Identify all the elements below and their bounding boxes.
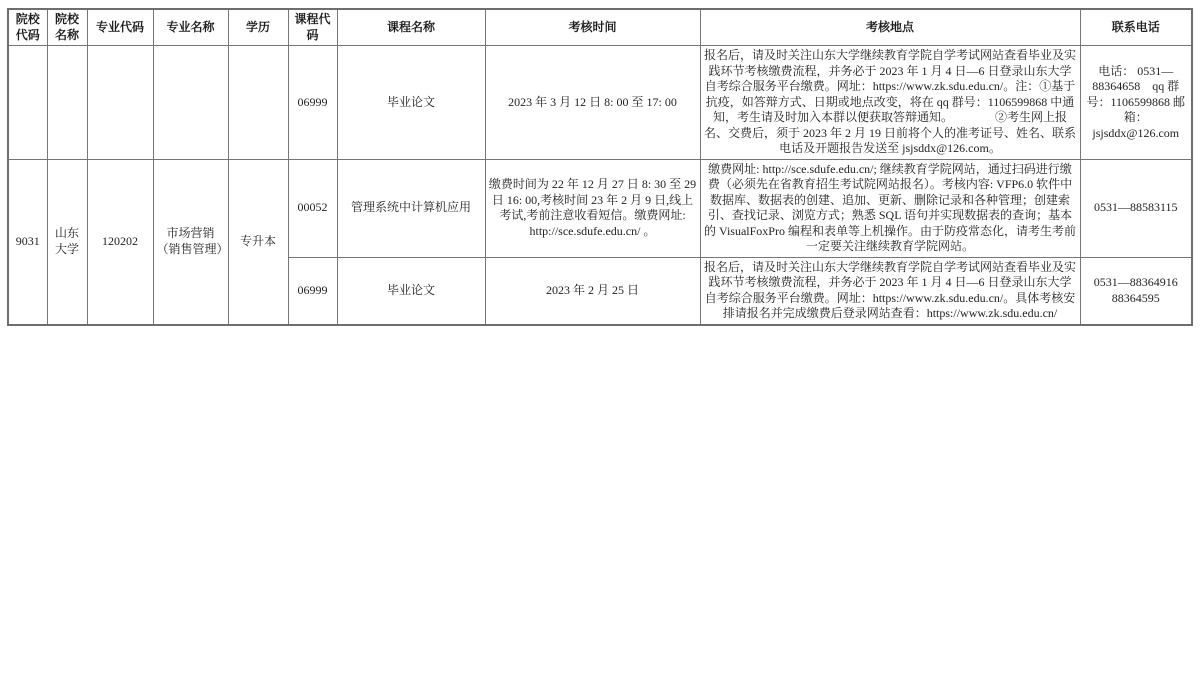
- col-header-major-code: 专业代码: [87, 9, 153, 46]
- cell-exam-location: 报名后，请及时关注山东大学继续教育学院自学考试网站查看毕业及实践环节考核缴费流程…: [700, 257, 1080, 325]
- cell-school-code-empty: [8, 46, 47, 160]
- col-header-school-name: 院校名称: [47, 9, 87, 46]
- cell-course-code: 06999: [288, 257, 337, 325]
- table-header-row: 院校代码 院校名称 专业代码 专业名称 学历 课程代码 课程名称 考核时间 考核…: [8, 9, 1192, 46]
- cell-contact-phone: 0531—88583115: [1080, 159, 1192, 257]
- cell-exam-time: 缴费时间为 22 年 12 月 27 日 8: 30 至 29 日 16: 00…: [485, 159, 700, 257]
- cell-major-code: 120202: [87, 159, 153, 325]
- cell-exam-location: 缴费网址: http://sce.sdufe.edu.cn/; 继续教育学院网站…: [700, 159, 1080, 257]
- col-header-level: 学历: [228, 9, 288, 46]
- col-header-school-code: 院校代码: [8, 9, 47, 46]
- cell-major-name: 市场营销（销售管理）: [153, 159, 228, 325]
- exam-schedule-table: 院校代码 院校名称 专业代码 专业名称 学历 课程代码 课程名称 考核时间 考核…: [7, 8, 1193, 326]
- table-row: 9031 山东大学 120202 市场营销（销售管理） 专升本 00052 管理…: [8, 159, 1192, 257]
- cell-exam-time: 2023 年 2 月 25 日: [485, 257, 700, 325]
- cell-major-code-empty: [87, 46, 153, 160]
- cell-major-name-empty: [153, 46, 228, 160]
- document-page: 院校代码 院校名称 专业代码 专业名称 学历 课程代码 课程名称 考核时间 考核…: [0, 0, 1200, 687]
- col-header-major-name: 专业名称: [153, 9, 228, 46]
- cell-course-name: 毕业论文: [337, 46, 485, 160]
- cell-school-code: 9031: [8, 159, 47, 325]
- cell-course-name: 管理系统中计算机应用: [337, 159, 485, 257]
- col-header-course-code: 课程代码: [288, 9, 337, 46]
- cell-course-name: 毕业论文: [337, 257, 485, 325]
- table-row: 06999 毕业论文 2023 年 3 月 12 日 8: 00 至 17: 0…: [8, 46, 1192, 160]
- col-header-exam-time: 考核时间: [485, 9, 700, 46]
- col-header-course-name: 课程名称: [337, 9, 485, 46]
- cell-level-empty: [228, 46, 288, 160]
- col-header-exam-location: 考核地点: [700, 9, 1080, 46]
- cell-level: 专升本: [228, 159, 288, 325]
- cell-course-code: 00052: [288, 159, 337, 257]
- cell-course-code: 06999: [288, 46, 337, 160]
- cell-school-name-empty: [47, 46, 87, 160]
- cell-school-name: 山东大学: [47, 159, 87, 325]
- cell-exam-time: 2023 年 3 月 12 日 8: 00 至 17: 00: [485, 46, 700, 160]
- cell-contact-phone: 电话： 0531—88364658 qq 群号：1106599868 邮箱：js…: [1080, 46, 1192, 160]
- col-header-contact-phone: 联系电话: [1080, 9, 1192, 46]
- cell-exam-location: 报名后，请及时关注山东大学继续教育学院自学考试网站查看毕业及实践环节考核缴费流程…: [700, 46, 1080, 160]
- cell-contact-phone: 0531—88364916 88364595: [1080, 257, 1192, 325]
